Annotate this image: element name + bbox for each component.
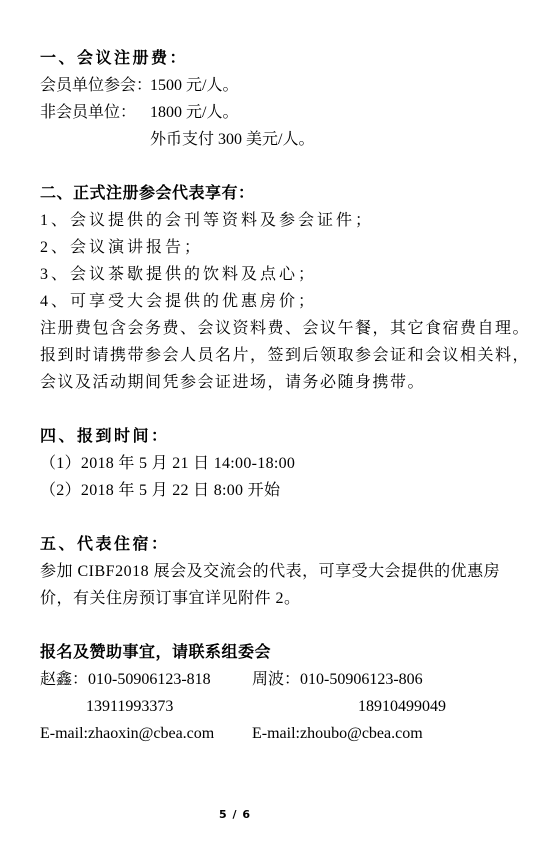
- checkin-item: （2）2018 年 5 月 22 日 8:00 开始: [40, 477, 512, 504]
- checkin-item: （1）2018 年 5 月 21 日 14:00-18:00: [40, 450, 512, 477]
- fee-row-nonmember: 非会员单位： 1800 元/人。: [40, 99, 512, 126]
- benefit-item: 2、会议演讲报告；: [40, 234, 512, 261]
- document-page: 一、会议注册费： 会员单位参会： 1500 元/人。 非会员单位： 1800 元…: [0, 0, 550, 853]
- note-line: 会议及活动期间凭参会证进场，请务必随身携带。: [40, 369, 512, 396]
- contact-phone-right: 周波：010-50906123-806: [252, 666, 423, 693]
- fee-row-foreign-currency: 外币支付 300 美元/人。: [40, 126, 512, 153]
- contact-email-right: E-mail:zhoubo@cbea.com: [252, 720, 423, 747]
- fee-label: 会员单位参会：: [40, 72, 150, 99]
- document-content: 一、会议注册费： 会员单位参会： 1500 元/人。 非会员单位： 1800 元…: [40, 45, 512, 747]
- section-registration-fees: 一、会议注册费： 会员单位参会： 1500 元/人。 非会员单位： 1800 元…: [40, 45, 512, 153]
- accommodation-line: 参加 CIBF2018 展会及交流会的代表，可享受大会提供的优惠房: [40, 558, 512, 585]
- contact-phone-row: 赵鑫：010-50906123-818 周波：010-50906123-806: [40, 666, 512, 693]
- contact-mobile-left: 13911993373: [40, 693, 298, 720]
- section-heading-checkin: 四、报到时间：: [40, 423, 512, 450]
- note-line: 报到时请携带参会人员名片，签到后领取参会证和会议相关料，: [40, 342, 512, 369]
- contact-email-left: E-mail:zhaoxin@cbea.com: [40, 720, 252, 747]
- accommodation-line: 价，有关住房预订事宜详见附件 2。: [40, 585, 512, 612]
- page-number: 5 / 6: [219, 808, 251, 822]
- section-checkin-time: 四、报到时间： （1）2018 年 5 月 21 日 14:00-18:00 （…: [40, 423, 512, 504]
- benefit-item: 4、可享受大会提供的优惠房价；: [40, 288, 512, 315]
- contact-heading: 报名及赞助事宜，请联系组委会: [40, 639, 512, 666]
- fee-label: 非会员单位：: [40, 99, 150, 126]
- section-heading-benefits: 二、正式注册参会代表享有：: [40, 180, 512, 207]
- benefit-item: 3、会议茶歇提供的饮料及点心；: [40, 261, 512, 288]
- fee-label: [40, 126, 150, 153]
- contact-phone-left: 赵鑫：010-50906123-818: [40, 666, 252, 693]
- section-contact: 报名及赞助事宜，请联系组委会 赵鑫：010-50906123-818 周波：01…: [40, 639, 512, 747]
- contact-mobile-row: 13911993373 18910499049: [40, 693, 512, 720]
- fee-value: 1500 元/人。: [150, 72, 238, 99]
- contact-mobile-right: 18910499049: [298, 693, 446, 720]
- benefit-item: 1、会议提供的会刊等资料及参会证件；: [40, 207, 512, 234]
- contact-email-row: E-mail:zhaoxin@cbea.com E-mail:zhoubo@cb…: [40, 720, 512, 747]
- fee-value: 1800 元/人。: [150, 99, 238, 126]
- section-delegate-benefits: 二、正式注册参会代表享有： 1、会议提供的会刊等资料及参会证件； 2、会议演讲报…: [40, 180, 512, 396]
- section-heading-accommodation: 五、代表住宿：: [40, 531, 512, 558]
- note-line: 注册费包含会务费、会议资料费、会议午餐，其它食宿费自理。: [40, 315, 512, 342]
- fee-row-member: 会员单位参会： 1500 元/人。: [40, 72, 512, 99]
- section-heading-fees: 一、会议注册费：: [40, 45, 512, 72]
- fee-value: 外币支付 300 美元/人。: [150, 126, 314, 153]
- section-accommodation: 五、代表住宿： 参加 CIBF2018 展会及交流会的代表，可享受大会提供的优惠…: [40, 531, 512, 612]
